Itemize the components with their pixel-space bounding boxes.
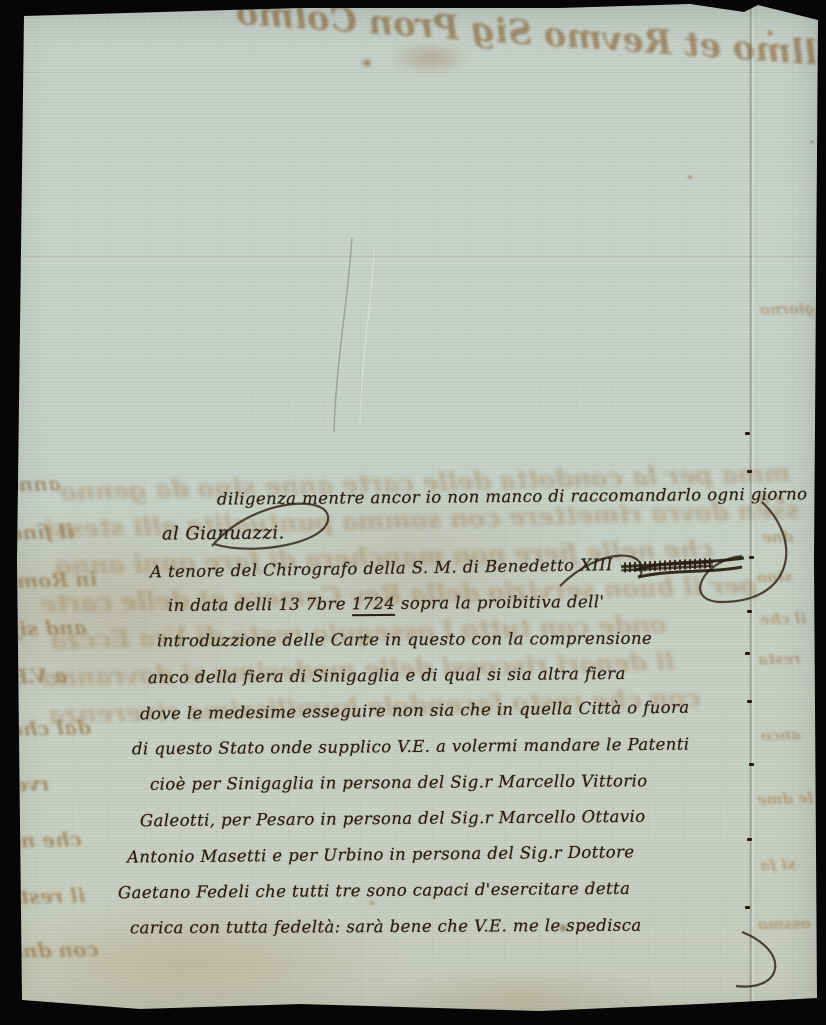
manuscript-line: cioè per Sinigaglia in persona del Sig.r… xyxy=(150,771,648,793)
manuscript-line-text: sopra la proibitiva dell' xyxy=(395,592,604,613)
paper-wrinkle xyxy=(0,0,826,1025)
manuscript-line: al Gianuazzi. xyxy=(162,522,285,544)
ink-speck xyxy=(745,906,750,909)
ink-speck xyxy=(749,556,754,559)
ink-speck xyxy=(747,838,752,841)
manuscript-line: in data delli 13 7bre 1724 sopra la proi… xyxy=(168,592,605,615)
ink-speck xyxy=(747,610,752,613)
strikethrough-scribble xyxy=(621,557,713,572)
manuscript-line: introduzzione delle Carte in questo con … xyxy=(157,629,652,651)
manuscript-line-text: in data delli 13 7bre xyxy=(168,594,352,615)
underlined-year: 1724 xyxy=(352,594,396,616)
vertical-fold-line xyxy=(749,0,754,1025)
ink-speck xyxy=(745,652,750,655)
scanned-manuscript-page: All Illmo et Revmo Sig Pron Colmo mma pe… xyxy=(0,0,826,1025)
ink-speck xyxy=(747,470,752,473)
ink-speck xyxy=(749,763,754,766)
paper-sheet: All Illmo et Revmo Sig Pron Colmo mma pe… xyxy=(0,0,826,1025)
manuscript-line: carica con tutta fedeltà: sarà bene che … xyxy=(130,916,642,938)
ink-speck xyxy=(745,432,750,435)
ink-speck xyxy=(747,700,752,703)
